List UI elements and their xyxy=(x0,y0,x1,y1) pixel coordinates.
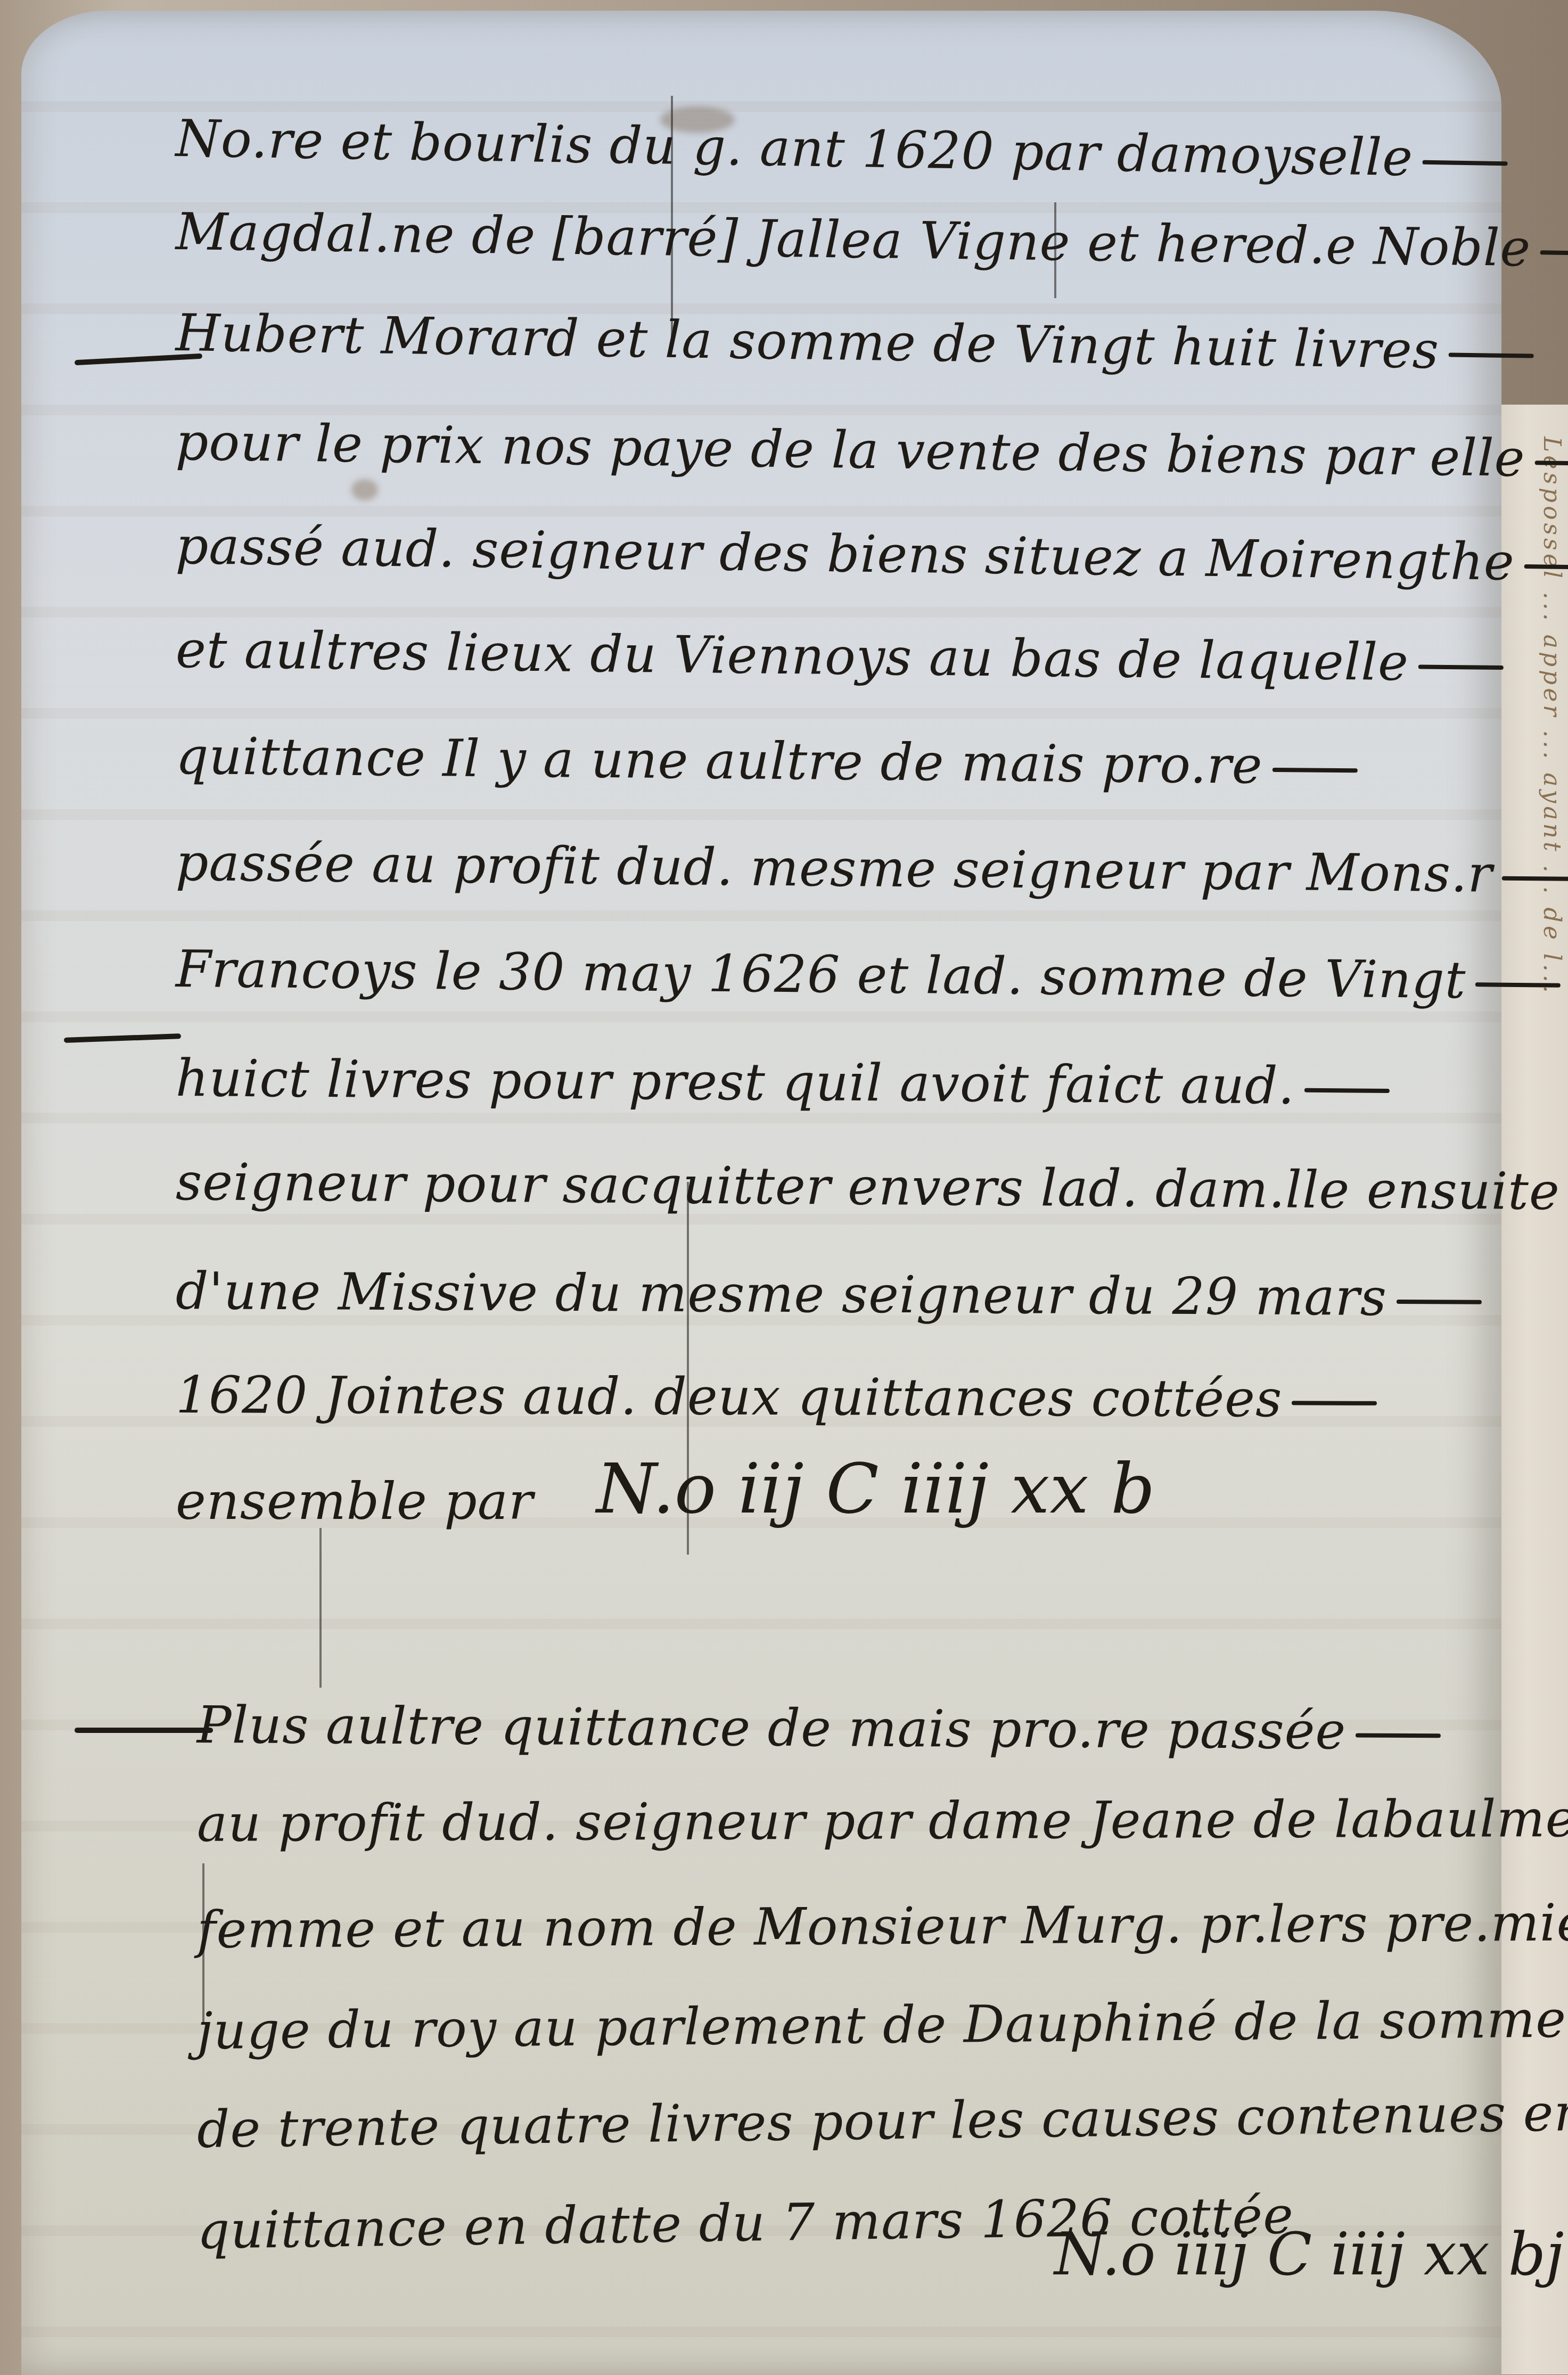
text-line: au profit dud. seigneur par dame Jeane d… xyxy=(197,1787,1427,1855)
text-line: femme et au nom de Monsieur Murg. pr.ler… xyxy=(197,1892,1427,1962)
text-line: de trente quatre livres pour les causes … xyxy=(196,2083,1427,2162)
manuscript-page: No.re et bourlis du g. ant 1620 par damo… xyxy=(21,11,1501,2375)
amount-total: N.o iiij C iiij xx bj xyxy=(1054,2220,1564,2288)
margin-note: Lespossel ... apper ... ayant ... de l..… xyxy=(1507,437,1565,996)
entry-2: Plus aultre quittance de mais pro.re pas… xyxy=(21,11,1501,2375)
text-line: Plus aultre quittance de mais pro.re pas… xyxy=(197,1693,1427,1763)
entry-marker-flourish xyxy=(75,1728,213,1733)
text-line: juge du roy au parlement de Dauphiné de … xyxy=(196,1988,1427,2063)
